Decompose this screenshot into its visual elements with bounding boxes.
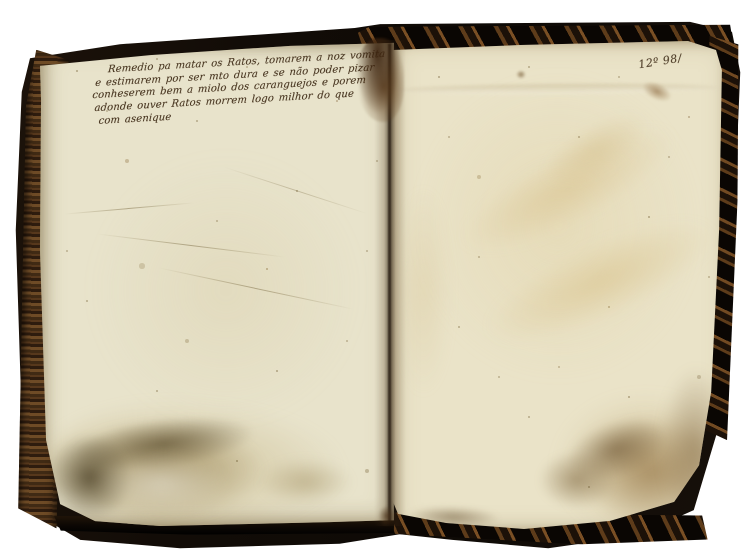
worm-damage-spot [356, 38, 404, 122]
water-stain-streak [532, 97, 661, 200]
scratch-mark [64, 202, 194, 214]
mold-stain [554, 403, 679, 495]
scratch-mark [158, 267, 354, 310]
water-stain-streak [445, 103, 691, 274]
water-stain [418, 76, 698, 376]
water-stain-halo [46, 400, 346, 525]
ink-smear [639, 77, 675, 106]
handwritten-note: Remedio pa matar os Ratos, tomarem a noz… [90, 49, 386, 129]
manuscript-photo: Remedio pa matar os Ratos, tomarem a noz… [0, 0, 750, 560]
water-stain [96, 160, 356, 420]
stain-highlight [94, 452, 229, 514]
scratch-mark [97, 233, 286, 257]
foxing-specks [76, 70, 78, 72]
water-stain [54, 418, 269, 523]
ink-spot [516, 70, 526, 79]
mold-stain [536, 449, 618, 511]
mold-stain [61, 404, 266, 483]
folio-mark: 12º 98/ [637, 46, 718, 71]
water-stain [258, 458, 353, 506]
paper-crease [394, 83, 719, 96]
water-stain-streak [472, 196, 731, 366]
right-page: 12º 98/ [388, 36, 734, 538]
scratch-mark [225, 167, 368, 214]
foxing-specks [438, 76, 440, 78]
left-page: Remedio pa matar os Ratos, tomarem a noz… [36, 40, 396, 528]
gutter-foot-damage [378, 505, 396, 527]
